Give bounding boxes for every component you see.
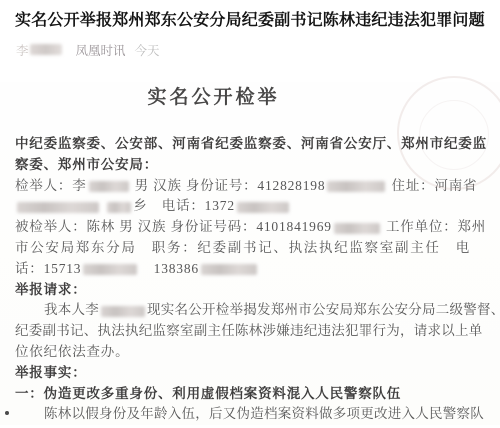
document-text: 现实名公开检举揭发郑州市公安局郑东公安分局二级警督、 xyxy=(147,302,500,317)
article-page: 实名公开举报郑州郑东公安分局纪委副书记陈林违纪违法犯罪问题 李 凤凰时讯 今天 … xyxy=(0,0,500,425)
document-line: 话：15713 138386 xyxy=(15,259,490,280)
document-text: 话：15713 xyxy=(15,261,81,276)
document-line: 中纪委监察委、公安部、河南省纪委监察委、河南省公安厅、郑州市纪委监 xyxy=(15,134,490,155)
redaction-blur xyxy=(89,181,129,192)
document-text: 陈林以假身份及年龄入伍，后又伪造档案资料做多项更改进入人民警察队 xyxy=(44,406,484,421)
redaction-blur xyxy=(17,202,99,213)
document-text: 纪委副书记、执法执纪监察室副主任陈林涉嫌违纪违法犯罪行为，请求以上单 xyxy=(15,323,483,338)
document-text: 中纪委监察委、公安部、河南省纪委监察委、河南省公安厅、郑州市纪委监 xyxy=(15,136,487,151)
document-text: 察委、郑州市公安局： xyxy=(15,157,158,172)
document-body: 中纪委监察委、公安部、河南省纪委监察委、河南省公安厅、郑州市纪委监察委、郑州市公… xyxy=(15,134,490,425)
document-heading: 实名公开检举 xyxy=(147,87,279,108)
document-line: 被检举人：陈林 男 汉族 身份证号码：4101841969 工作单位：郑州 xyxy=(15,217,490,238)
document-text: 举报请求： xyxy=(15,282,87,297)
document-text: 被检举人：陈林 男 汉族 身份证号码：4101841969 xyxy=(15,219,332,234)
redaction-blur xyxy=(83,264,137,275)
document-text: 工作单位：郑州 xyxy=(382,219,486,234)
document-line: 察委、郑州市公安局： xyxy=(15,155,490,176)
document-text: 138386 xyxy=(139,261,199,276)
document-line: 一：伪造更改多重身份、利用虚假档案资料混入人民警察队伍 xyxy=(15,384,490,405)
document-text: 乡 电话：1372 xyxy=(133,198,235,213)
publish-date: 今天 xyxy=(135,41,160,59)
document-line: 举报事实： xyxy=(15,363,490,384)
document-text: 住址：河南省 xyxy=(387,178,477,193)
document-line: 乡 电话：1372 xyxy=(15,196,490,217)
redaction-blur xyxy=(334,223,380,234)
author-name: 李 xyxy=(16,41,62,59)
author-text: 李 xyxy=(16,41,29,59)
document-line: 纪委副书记、执法执纪监察室副主任陈林涉嫌违纪违法犯罪行为，请求以上单 xyxy=(15,321,490,342)
redaction-blur xyxy=(327,181,385,192)
document-line: 举报请求： xyxy=(15,280,490,301)
document-line: 市公安局郑东分局 职务：纪委副书记、执法执纪监察室副主任 电 xyxy=(15,238,490,259)
author-redaction-blur xyxy=(30,44,62,55)
document-text: 位依纪依法查办。 xyxy=(15,344,129,359)
document-text: 男 汉族 身份证号：412828198 xyxy=(131,178,326,193)
document-text: 举报事实： xyxy=(15,365,87,380)
document-line: 位依纪依法查办。 xyxy=(15,342,490,363)
document-line: 陈林以假身份及年龄入伍，后又伪造档案资料做多项更改进入人民警察队 xyxy=(15,404,490,425)
document-text xyxy=(101,198,105,213)
redaction-blur xyxy=(107,202,131,213)
document-photo: 实名公开检举 中纪委监察委、公安部、河南省纪委监察委、河南省公安厅、郑州市纪委监… xyxy=(0,82,500,425)
document-text: 检举人：李 xyxy=(15,178,87,193)
redaction-blur xyxy=(101,306,145,317)
redaction-blur xyxy=(201,264,257,275)
dust-speck-artifact xyxy=(5,411,9,415)
document-text: 市公安局郑东分局 职务：纪委副书记、执法执纪监察室副主任 电 xyxy=(15,240,471,255)
document-heading-row: 实名公开检举 xyxy=(15,82,490,109)
document-text: 我本人李 xyxy=(44,302,99,317)
source-account-link[interactable]: 凤凰时讯 xyxy=(76,41,126,59)
document-text: 一：伪造更改多重身份、利用虚假档案资料混入人民警察队伍 xyxy=(15,386,401,401)
document-line: 我本人李现实名公开检举揭发郑州市公安局郑东公安分局二级警督、 xyxy=(15,300,490,321)
article-title: 实名公开举报郑州郑东公安分局纪委副书记陈林违纪违法犯罪问题 xyxy=(0,0,500,33)
byline: 李 凤凰时讯 今天 xyxy=(16,41,500,58)
document-line: 检举人：李 男 汉族 身份证号：412828198 住址：河南省 xyxy=(15,176,490,197)
redaction-blur xyxy=(237,202,289,213)
